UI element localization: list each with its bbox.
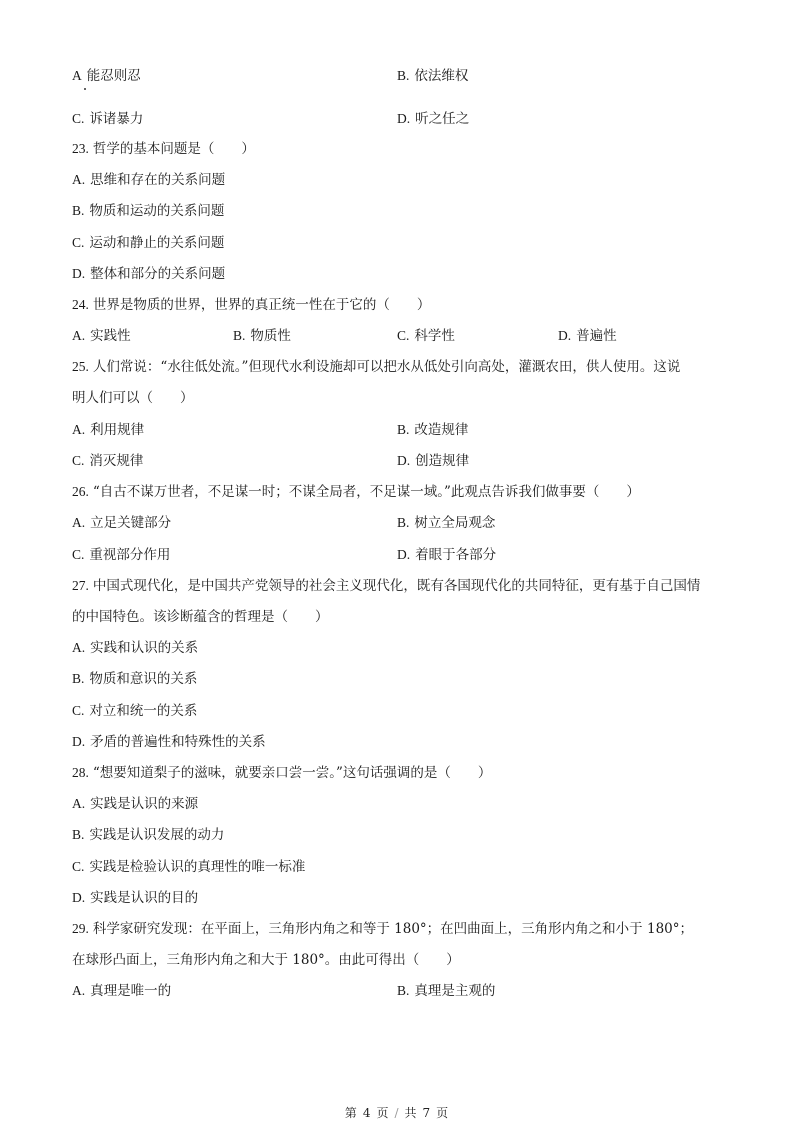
question-27-line-2: 的中国特色。该诊断蕴含的哲理是（ ） bbox=[72, 608, 329, 626]
option-text: 物质和意识的关系 bbox=[89, 671, 197, 687]
option-text: 实践是认识发展的动力 bbox=[89, 827, 224, 843]
option-text: 真理是唯一的 bbox=[90, 983, 171, 999]
option-text: 听之任之 bbox=[415, 111, 469, 127]
option-text: 实践是认识的目的 bbox=[90, 890, 198, 906]
option-label: D. bbox=[72, 890, 85, 905]
q25-option-c: C.消灭规律 bbox=[72, 452, 143, 470]
question-number: 26. bbox=[72, 484, 89, 499]
q27-option-a: A.实践和认识的关系 bbox=[72, 639, 198, 657]
option-text: 能忍则忍 bbox=[87, 68, 141, 84]
q22-option-b: B.依法维权 bbox=[397, 67, 468, 85]
q27-option-d: D.矛盾的普遍性和特殊性的关系 bbox=[72, 733, 266, 751]
option-text: 普遍性 bbox=[576, 328, 617, 344]
option-label: B. bbox=[72, 827, 84, 842]
option-text: 运动和静止的关系问题 bbox=[89, 235, 224, 251]
q22-option-c: C.诉诸暴力 bbox=[72, 110, 143, 128]
page-footer: 第4页/共7页 bbox=[0, 1104, 793, 1121]
option-label: A. bbox=[72, 172, 85, 187]
q25-option-b: B.改造规律 bbox=[397, 421, 468, 439]
question-number: 28. bbox=[72, 765, 89, 780]
option-label: A. bbox=[72, 640, 85, 655]
question-29-line-2: 在球形凸面上，三角形内角之和大于 180°。由此可得出（ ） bbox=[72, 951, 460, 969]
question-25-line-2: 明人们可以（ ） bbox=[72, 389, 194, 407]
q26-option-c: C.重视部分作用 bbox=[72, 546, 170, 564]
option-label: B. bbox=[233, 328, 245, 343]
option-label: D. bbox=[397, 453, 410, 468]
option-label: C. bbox=[72, 111, 84, 126]
q22-option-d: D.听之任之 bbox=[397, 110, 469, 128]
option-label: A. bbox=[72, 422, 85, 437]
option-text: 实践性 bbox=[90, 328, 131, 344]
question-25: 25.人们常说：“水往低处流。”但现代水利设施却可以把水从低处引向高处，灌溉农田… bbox=[72, 358, 680, 376]
footer-prefix: 第 bbox=[345, 1106, 357, 1120]
option-label: A. bbox=[72, 328, 85, 343]
question-number: 23. bbox=[72, 141, 89, 156]
footer-separator: / bbox=[394, 1106, 398, 1120]
q23-option-c: C.运动和静止的关系问题 bbox=[72, 234, 224, 252]
question-stem: “自古不谋万世者，不足谋一时；不谋全局者，不足谋一域。”此观点告诉我们做事要（ … bbox=[93, 484, 640, 500]
question-number: 29. bbox=[72, 921, 89, 936]
question-number: 24. bbox=[72, 297, 89, 312]
q23-option-b: B.物质和运动的关系问题 bbox=[72, 202, 224, 220]
question-stem: 中国式现代化，是中国共产党领导的社会主义现代化，既有各国现代化的共同特征，更有基… bbox=[93, 578, 701, 594]
option-text: 物质和运动的关系问题 bbox=[89, 203, 224, 219]
q26-option-a: A.立足关键部分 bbox=[72, 514, 171, 532]
footer-page-unit: 页 bbox=[376, 1106, 388, 1120]
option-text: 思维和存在的关系问题 bbox=[90, 172, 225, 188]
question-number: 27. bbox=[72, 578, 89, 593]
question-stem: 科学家研究发现：在平面上，三角形内角之和等于 180°；在凹曲面上，三角形内角之… bbox=[93, 921, 693, 937]
q26-option-d: D.着眼于各部分 bbox=[397, 546, 496, 564]
option-text: 诉诸暴力 bbox=[89, 111, 143, 127]
option-label: B. bbox=[397, 422, 409, 437]
option-text: 对立和统一的关系 bbox=[89, 703, 197, 719]
option-text: 树立全局观念 bbox=[414, 515, 495, 531]
q23-option-d: D.整体和部分的关系问题 bbox=[72, 265, 225, 283]
option-text: 实践是检验认识的真理性的唯一标准 bbox=[89, 859, 305, 875]
q24-option-a: A.实践性 bbox=[72, 327, 131, 345]
option-label: A. bbox=[72, 515, 85, 530]
option-text: 改造规律 bbox=[414, 422, 468, 438]
option-text: 利用规律 bbox=[90, 422, 144, 438]
question-stem-continued: 明人们可以（ ） bbox=[72, 390, 194, 406]
question-stem: 世界是物质的世界，世界的真正统一性在于它的（ ） bbox=[93, 297, 431, 313]
footer-total-prefix: 共 bbox=[405, 1106, 417, 1120]
question-24: 24.世界是物质的世界，世界的真正统一性在于它的（ ） bbox=[72, 296, 430, 314]
q28-option-b: B.实践是认识发展的动力 bbox=[72, 826, 224, 844]
footer-total-unit: 页 bbox=[436, 1106, 448, 1120]
option-label: C. bbox=[397, 328, 409, 343]
option-label: A. bbox=[72, 796, 85, 811]
q28-option-d: D.实践是认识的目的 bbox=[72, 889, 198, 907]
option-label: D. bbox=[397, 111, 410, 126]
stray-mark bbox=[84, 88, 86, 90]
option-label: A bbox=[72, 68, 82, 83]
q23-option-a: A.思维和存在的关系问题 bbox=[72, 171, 225, 189]
option-label: D. bbox=[558, 328, 571, 343]
q27-option-b: B.物质和意识的关系 bbox=[72, 670, 197, 688]
option-label: B. bbox=[72, 671, 84, 686]
option-text: 矛盾的普遍性和特殊性的关系 bbox=[90, 734, 266, 750]
question-stem-continued: 在球形凸面上，三角形内角之和大于 180°。由此可得出（ ） bbox=[72, 952, 460, 968]
option-text: 立足关键部分 bbox=[90, 515, 171, 531]
q26-option-b: B.树立全局观念 bbox=[397, 514, 495, 532]
q28-option-a: A.实践是认识的来源 bbox=[72, 795, 198, 813]
option-label: D. bbox=[72, 734, 85, 749]
option-label: D. bbox=[397, 547, 410, 562]
option-label: C. bbox=[72, 859, 84, 874]
question-stem: 人们常说：“水往低处流。”但现代水利设施却可以把水从低处引向高处，灌溉农田，供人… bbox=[93, 359, 681, 375]
option-text: 依法维权 bbox=[414, 68, 468, 84]
question-28: 28.“想要知道梨子的滋味，就要亲口尝一尝。”这句话强调的是（ ） bbox=[72, 764, 491, 782]
total-pages: 7 bbox=[423, 1106, 431, 1120]
question-stem-continued: 的中国特色。该诊断蕴含的哲理是（ ） bbox=[72, 609, 329, 625]
question-stem: 哲学的基本问题是（ ） bbox=[93, 141, 255, 157]
current-page-number: 4 bbox=[363, 1106, 371, 1120]
q28-option-c: C.实践是检验认识的真理性的唯一标准 bbox=[72, 858, 305, 876]
option-label: B. bbox=[397, 983, 409, 998]
question-29: 29.科学家研究发现：在平面上，三角形内角之和等于 180°；在凹曲面上，三角形… bbox=[72, 920, 693, 938]
option-text: 创造规律 bbox=[415, 453, 469, 469]
q29-option-a: A.真理是唯一的 bbox=[72, 982, 171, 1000]
q29-option-b: B.真理是主观的 bbox=[397, 982, 495, 1000]
option-label: B. bbox=[397, 68, 409, 83]
q24-option-c: C.科学性 bbox=[397, 327, 455, 345]
q27-option-c: C.对立和统一的关系 bbox=[72, 702, 197, 720]
question-26: 26.“自古不谋万世者，不足谋一时；不谋全局者，不足谋一域。”此观点告诉我们做事… bbox=[72, 483, 640, 501]
q24-option-d: D.普遍性 bbox=[558, 327, 617, 345]
option-text: 真理是主观的 bbox=[414, 983, 495, 999]
option-text: 实践和认识的关系 bbox=[90, 640, 198, 656]
q24-option-b: B.物质性 bbox=[233, 327, 291, 345]
option-text: 科学性 bbox=[414, 328, 455, 344]
q25-option-a: A.利用规律 bbox=[72, 421, 144, 439]
q25-option-d: D.创造规律 bbox=[397, 452, 469, 470]
question-number: 25. bbox=[72, 359, 89, 374]
option-text: 消灭规律 bbox=[89, 453, 143, 469]
option-label: D. bbox=[72, 266, 85, 281]
option-label: C. bbox=[72, 547, 84, 562]
question-23: 23.哲学的基本问题是（ ） bbox=[72, 140, 255, 158]
option-text: 物质性 bbox=[250, 328, 291, 344]
question-27: 27.中国式现代化，是中国共产党领导的社会主义现代化，既有各国现代化的共同特征，… bbox=[72, 577, 700, 595]
option-label: B. bbox=[397, 515, 409, 530]
option-text: 整体和部分的关系问题 bbox=[90, 266, 225, 282]
q22-option-a: A能忍则忍 bbox=[72, 67, 141, 85]
option-label: A. bbox=[72, 983, 85, 998]
option-label: C. bbox=[72, 235, 84, 250]
option-label: C. bbox=[72, 453, 84, 468]
option-text: 着眼于各部分 bbox=[415, 547, 496, 563]
option-label: B. bbox=[72, 203, 84, 218]
option-text: 重视部分作用 bbox=[89, 547, 170, 563]
option-text: 实践是认识的来源 bbox=[90, 796, 198, 812]
question-stem: “想要知道梨子的滋味，就要亲口尝一尝。”这句话强调的是（ ） bbox=[93, 765, 492, 781]
option-label: C. bbox=[72, 703, 84, 718]
